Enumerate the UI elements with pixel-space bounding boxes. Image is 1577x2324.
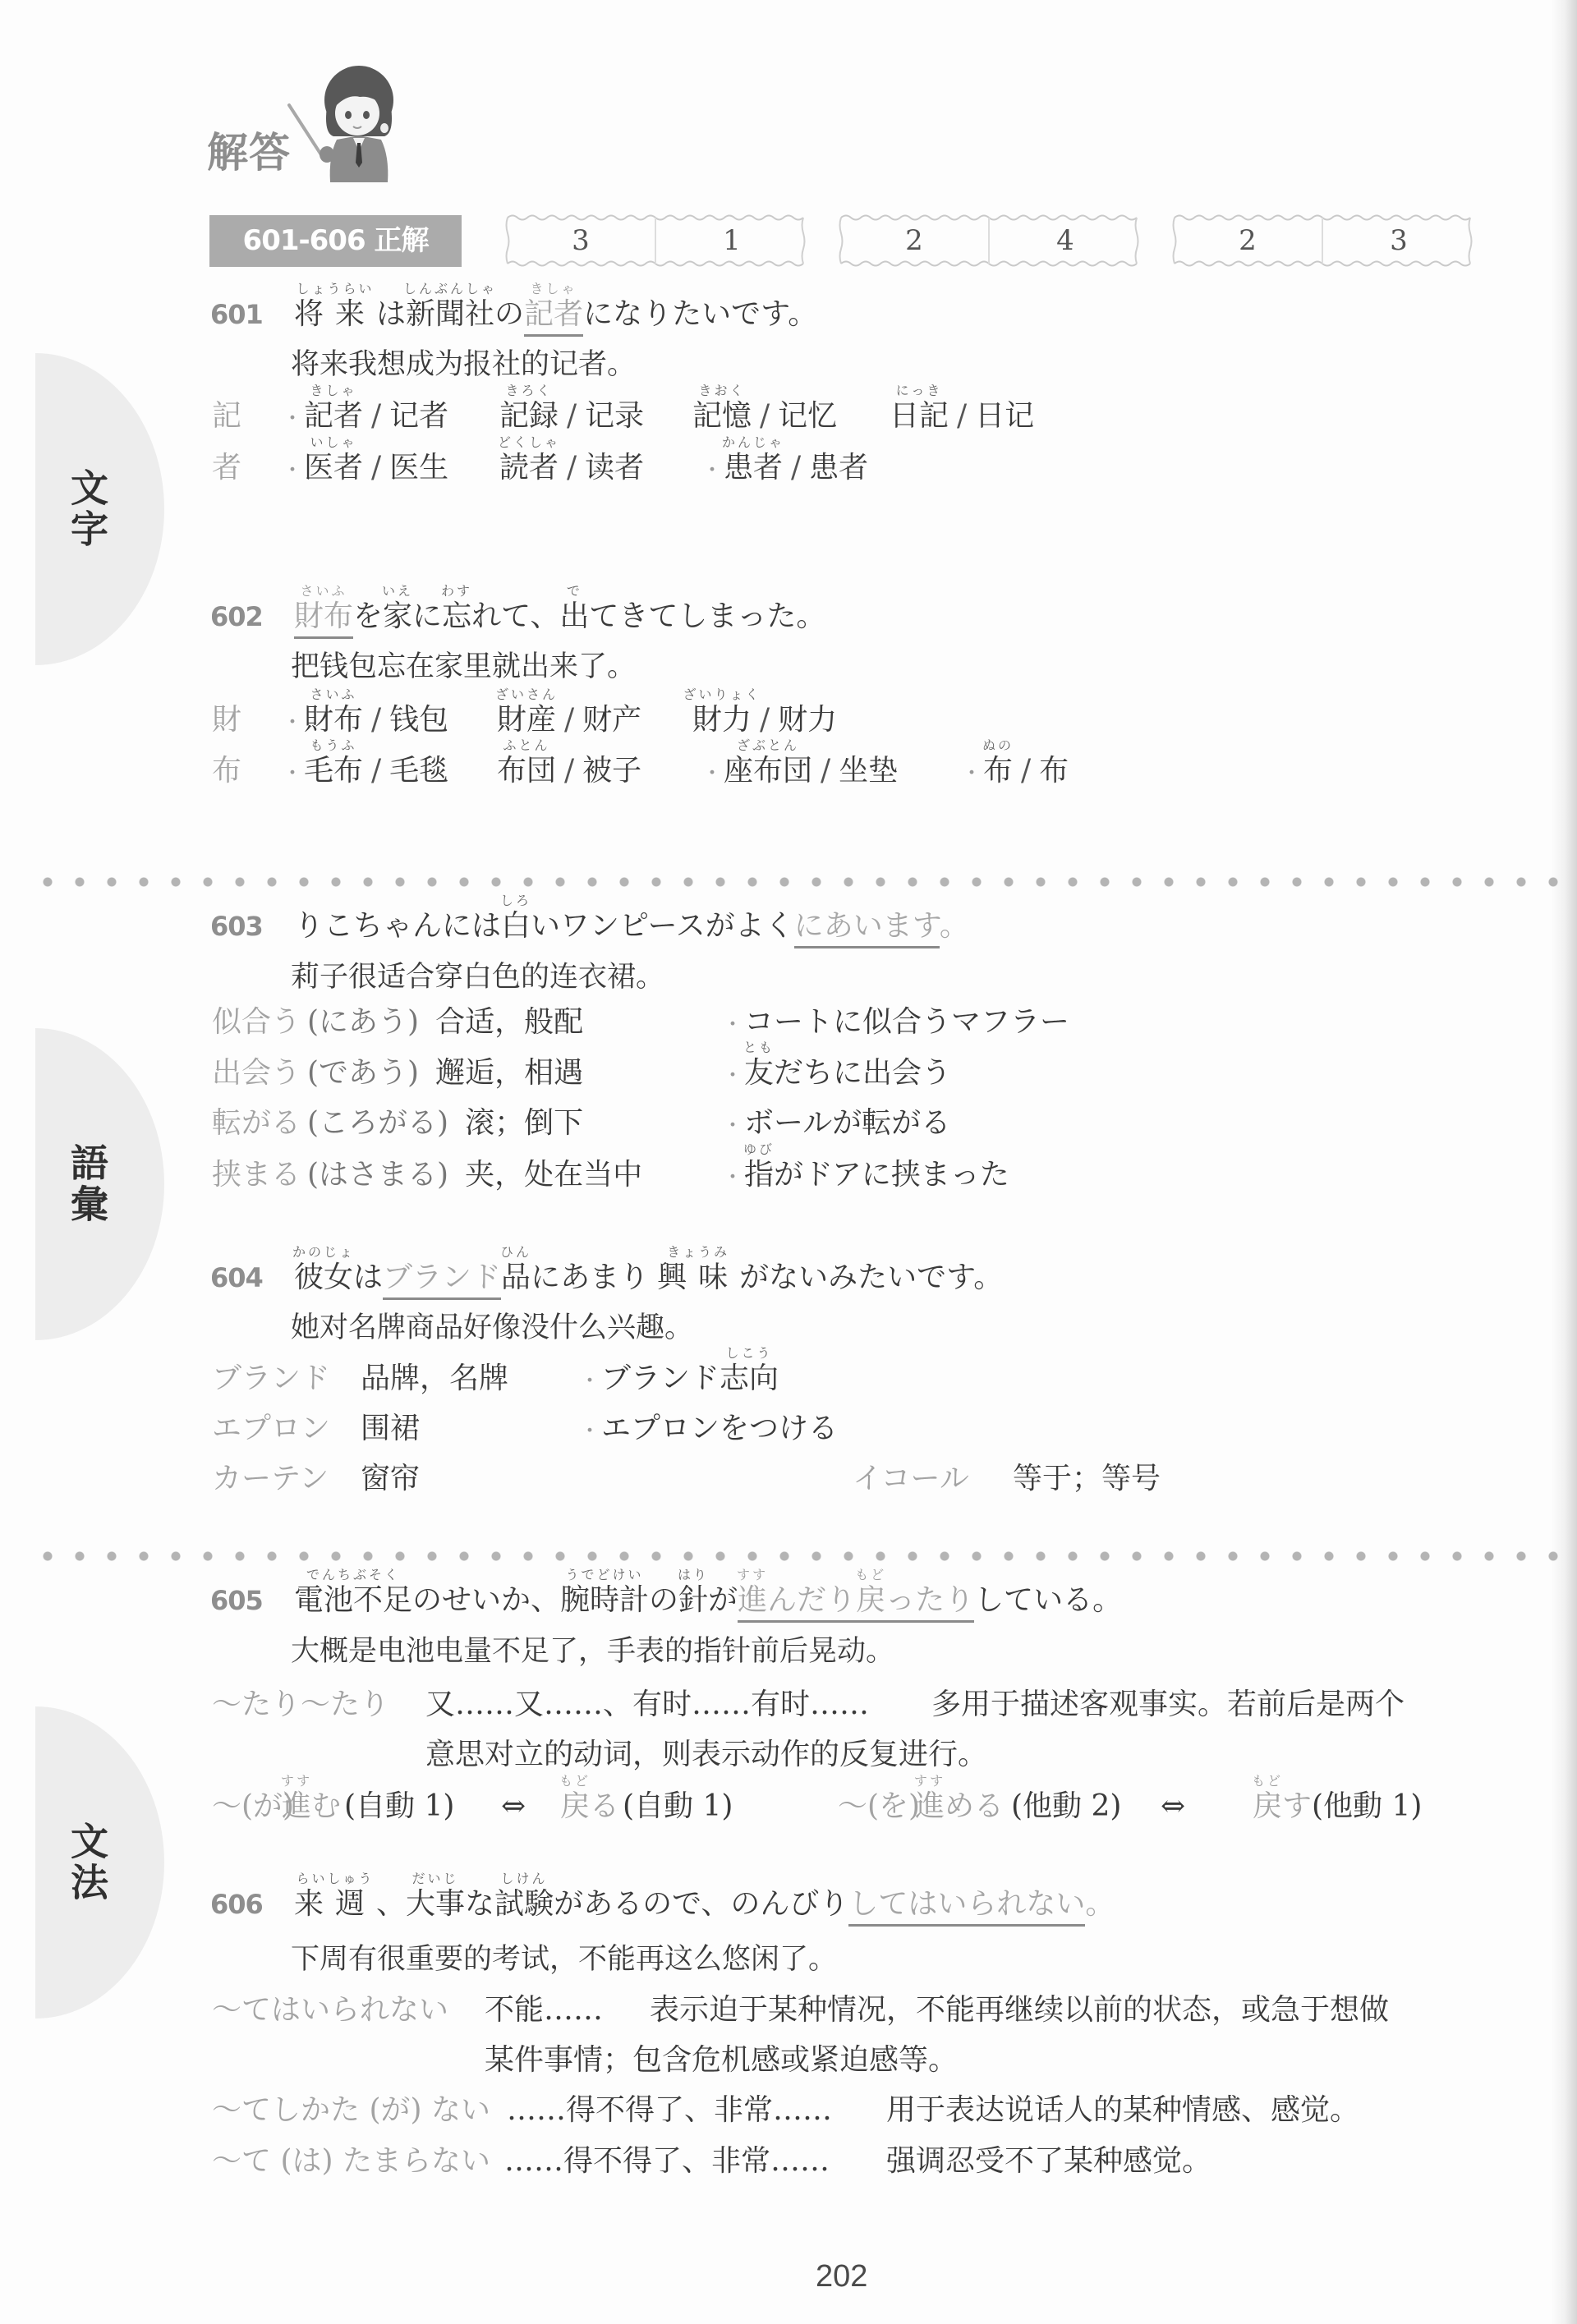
underlined-target: にあいます [794, 909, 940, 948]
grammar-meaning: ……得不得了、非常…… [507, 2096, 832, 2125]
sentence-text: している。 [974, 1583, 1122, 1617]
separator: / [567, 453, 577, 483]
sentence-text: な [465, 1887, 494, 1921]
furigana: ひん [500, 1246, 531, 1259]
grammar-pattern: ～てはいられない [212, 1996, 448, 2025]
furigana: ゆび [743, 1143, 775, 1156]
ruby-word: 戻もど [1253, 1792, 1282, 1821]
question-number: 603 [210, 912, 263, 941]
answer-group-1: 3 1 [504, 214, 810, 268]
ruby-base: 患者 [724, 451, 783, 485]
ruby-base: 布 [983, 754, 1013, 788]
grammar-explanation: 表示迫于某种情况，不能再继续以前的状态，或急于想做 [650, 1996, 1389, 2025]
furigana: しこう [726, 1347, 773, 1360]
bullet: ・ [579, 1366, 601, 1396]
meaning: 布 [1039, 754, 1069, 788]
ruby-base: 戻 [560, 1789, 590, 1823]
furigana: すす [914, 1775, 945, 1788]
vocab-meaning: 邂逅，相遇 [435, 1056, 583, 1090]
grammar-continuation-row: 某件事情；包含危机感或紧迫感等。 [0, 2046, 1561, 2075]
ruby-word: 医者いしゃ [304, 453, 363, 483]
verb-type: (自動 1) [623, 1792, 733, 1821]
vocab-term: イコール [853, 1464, 969, 1494]
furigana: しろ [500, 894, 531, 907]
bullet: ・ [701, 456, 724, 485]
translation: 大概是电池电量不足了，手表的指针前后晃动。 [291, 1637, 894, 1666]
ruby-word: 進すす [915, 1792, 945, 1821]
meaning: 毛毯 [389, 754, 448, 788]
ruby-base: 進 [282, 1789, 311, 1823]
vocab-term: 挟まる [212, 1158, 301, 1192]
bullet: ・ [961, 759, 983, 788]
vocab-item: ・医者いしゃ/医生 [282, 453, 448, 485]
sentence-text: は [353, 1261, 383, 1294]
ruby-word: 記者きしゃ [524, 300, 583, 329]
answer-605: 2 [1171, 214, 1324, 268]
ruby-word: 将来しょうらい [294, 300, 376, 329]
bidirectional-arrow-icon: ⇔ [1161, 1792, 1185, 1821]
sentence-text: いワンピースがよく [531, 909, 794, 943]
vocab-example: ・ボールが転がる [722, 1109, 950, 1141]
example-text: ブランド [601, 1362, 720, 1395]
bidirectional-arrow-icon: ⇔ [501, 1792, 526, 1821]
example-text: だちに出会う [774, 1056, 951, 1090]
verb: 戻もどす [1253, 1792, 1312, 1821]
bullet: ・ [722, 1111, 744, 1141]
ruby-word: 記憶きおく [692, 402, 752, 431]
teacher-girl-with-pointer-icon [279, 57, 411, 189]
ruby-word: 布団ふとん [497, 756, 556, 786]
question-sentence: りこちゃんには白しろいワンピースがよくにあいます。 [294, 912, 969, 941]
question-number: 606 [210, 1890, 263, 1919]
ruby-base: 腕時計 [560, 1583, 649, 1617]
ruby-base: 記憶 [692, 399, 752, 433]
underlined-target: してはいられない [848, 1887, 1085, 1927]
ruby-base: 財布 [304, 703, 363, 737]
vocab-term: エプロン [212, 1414, 330, 1444]
ruby-word: 電池不足でんちぶそく [294, 1586, 412, 1615]
furigana: きしゃ [310, 384, 356, 397]
ruby-base: 戻 [856, 1583, 885, 1617]
separator: / [371, 756, 381, 786]
ruby-word: 腕時計うでどけい [560, 1586, 649, 1615]
furigana: しんぶんしゃ [403, 282, 497, 296]
ruby-word: 彼女かのじょ [294, 1263, 353, 1293]
ruby-word: 財布さいふ [304, 705, 363, 735]
bullet: ・ [282, 708, 304, 737]
ruby-word: 家いえ [383, 602, 412, 632]
ruby-base: 進 [738, 1583, 767, 1617]
vocab-meaning: 合适，般配 [435, 1005, 583, 1039]
vocab-item: ・毛布もうふ/毛毯 [282, 756, 448, 788]
vocab-meaning: 夹，处在当中 [465, 1158, 642, 1192]
bullet: ・ [579, 1417, 601, 1446]
ruby-base: 新聞社 [406, 297, 494, 331]
furigana: ぬの [982, 739, 1014, 752]
meaning: 钱包 [389, 703, 448, 737]
ruby-word: 読者どくしゃ [499, 453, 559, 483]
ruby-base: 読者 [499, 451, 559, 485]
question-sentence: 将来しょうらいは新聞社しんぶんしゃの記者きしゃになりたいです。 [294, 300, 817, 329]
ruby-word: 記録きろく [499, 402, 559, 431]
grammar-meaning: 又……又……、有时……有时…… [425, 1690, 869, 1720]
bullet: ・ [722, 1163, 744, 1192]
question-sentence: 彼女かのじょはブランド品ひんにあまり興味きょうみがないみたいです。 [294, 1263, 1003, 1293]
separator: / [760, 705, 770, 735]
ruby-base: 記者 [304, 399, 363, 433]
ruby-base: 医者 [304, 451, 363, 485]
meaning: 记忆 [778, 399, 837, 433]
ruby-base: 財力 [692, 703, 752, 737]
example-text: コートに似合うマフラー [744, 1005, 1069, 1039]
ruby-base: 大事 [406, 1887, 465, 1921]
verb: 進すすむ [282, 1792, 341, 1821]
example-text: ボールが転がる [744, 1106, 950, 1140]
vocab-meaning: 围裙 [361, 1414, 420, 1444]
ruby-word: 患者かんじゃ [724, 453, 783, 483]
question-605-translation-row: 大概是电池电量不足了，手表的指针前后晃动。 [0, 1637, 1561, 1666]
separator: / [821, 756, 830, 786]
vocab-item: 財産ざいさん/财产 [497, 705, 641, 735]
meaning: 被子 [582, 754, 641, 788]
vocab-reading: (にあう) [307, 1005, 419, 1039]
vocab-term: 出会う [212, 1056, 301, 1090]
furigana: かんじゃ [722, 436, 784, 449]
vocab-definition: 挟まる(はさまる)夹，处在当中 [212, 1160, 642, 1190]
underlined-target: 進すすんだり戻もどったり [738, 1583, 974, 1623]
ruby-word: 品ひん [501, 1263, 531, 1293]
ruby-base: 指 [744, 1158, 774, 1192]
furigana: いしゃ [310, 436, 356, 449]
vocab-row: 挟まる(はさまる)夹，处在当中 ・指ゆびがドアに挟まった [0, 1160, 1561, 1190]
ruby-base: 毛布 [304, 754, 363, 788]
ruby-base: 針 [678, 1583, 708, 1617]
furigana: すす [737, 1568, 768, 1582]
sentence-text: を [353, 599, 383, 633]
question-number: 601 [210, 300, 263, 329]
meaning: 患者 [809, 451, 868, 485]
ruby-word: 記者きしゃ [304, 402, 363, 431]
vocab-row: 転がる(ころがる)滚；倒下 ・ボールが転がる [0, 1109, 1561, 1138]
sentence-text: に [412, 599, 442, 633]
furigana: きろく [505, 384, 552, 397]
ruby-word: 試験しけん [494, 1890, 554, 1919]
vocab-item: 財力ざいりょく/财力 [692, 705, 837, 735]
furigana: もうふ [310, 739, 356, 752]
sentence-text: 。 [1085, 1887, 1115, 1921]
question-sentence: 電池不足でんちぶそくのせいか、腕時計うでどけいの針はりが進すすんだり戻もどったり… [294, 1586, 1122, 1615]
grammar-pattern: ～たり～たり [212, 1690, 389, 1720]
meaning: 医生 [389, 451, 448, 485]
verb: 進すすめる [915, 1792, 1004, 1821]
ruby-word: 座布団ざぶとん [724, 756, 812, 786]
page-number: 202 [816, 2260, 867, 2293]
kanji-note-row: 布 ・毛布もうふ/毛毯 布団ふとん/被子 ・座布団ざぶとん/坐垫 ・布ぬの/布 [0, 756, 1561, 786]
grammar-explanation-continued: 意思对立的动词，则表示动作的反复进行。 [425, 1740, 987, 1770]
ruby-word: 毛布もうふ [304, 756, 363, 786]
ruby-word: 進すす [282, 1792, 311, 1821]
ruby-base: 記者 [524, 297, 583, 331]
sentence-text: の [494, 297, 524, 331]
ruby-base: 品 [501, 1261, 531, 1294]
vocab-meaning: 等于；等号 [1013, 1464, 1161, 1494]
ruby-word: 財産ざいさん [497, 705, 556, 735]
answer-601: 3 [504, 214, 657, 268]
vocab-example: ・友ともだちに出会う [722, 1059, 951, 1091]
kanji-label: 者 [212, 453, 241, 483]
vocab-example: ・エプロンをつける [579, 1414, 838, 1446]
bullet: ・ [282, 404, 304, 434]
furigana: もど [1252, 1775, 1283, 1788]
meaning: 财力 [778, 703, 837, 737]
ruby-word: 日記にっき [890, 402, 949, 431]
sentence-text: の [649, 1583, 678, 1617]
ruby-word: 指ゆび [744, 1160, 774, 1190]
furigana: はり [678, 1568, 709, 1582]
ruby-word: 針はり [678, 1586, 708, 1615]
sentence-text: になりたいです。 [583, 297, 817, 331]
vocab-row: エプロン 围裙 ・エプロンをつける [0, 1414, 1561, 1444]
ruby-word: 忘わす [442, 602, 471, 632]
furigana: すす [281, 1775, 312, 1788]
sentence-text: りこちゃんには [294, 909, 501, 943]
question-606-sentence-row: 606 来週らいしゅう、大事だいじな試験しけんがあるので、のんびりしてはいられな… [0, 1890, 1561, 1919]
ruby-word: 財布さいふ [294, 602, 353, 632]
grammar-explanation: 用于表达说话人的某种情感、感觉。 [886, 2096, 1359, 2125]
vocab-item: 記憶きおく/记忆 [692, 402, 837, 431]
kanji-note-row: 記 ・記者きしゃ/记者 記録きろく/记录 記憶きおく/记忆 日記にっき/日记 [0, 402, 1561, 431]
ruby-word: 来週らいしゅう [294, 1890, 376, 1919]
vocab-item: ・座布団ざぶとん/坐垫 [701, 756, 898, 788]
ruby-word: 興味きょうみ [657, 1263, 739, 1293]
sentence-text: 、 [376, 1887, 406, 1921]
answer-604: 4 [989, 214, 1142, 268]
ruby-word: 新聞社しんぶんしゃ [406, 300, 494, 329]
kanji-note-row: 財 ・財布さいふ/钱包 財産ざいさん/财产 財力ざいりょく/财力 [0, 705, 1561, 735]
kanji-note-row: 者 ・医者いしゃ/医生 読者どくしゃ/读者 ・患者かんじゃ/患者 [0, 453, 1561, 483]
sentence-text: にあまり [531, 1261, 649, 1294]
ruby-base: 財産 [497, 703, 556, 737]
vocab-term: 転がる [212, 1106, 301, 1140]
kanji-label: 記 [212, 402, 241, 431]
question-604-translation-row: 她对名牌商品好像没什么兴趣。 [0, 1313, 1561, 1343]
vocab-reading: (であう) [307, 1056, 419, 1090]
meaning: 记者 [389, 399, 448, 433]
dotted-section-divider [33, 877, 1577, 887]
answer-group-3: 2 3 [1171, 214, 1477, 268]
furigana: で [567, 585, 582, 598]
question-601-translation-row: 将来我想成为报社的记者。 [0, 350, 1561, 379]
question-sentence: 財布さいふを家いえに忘わすれて、出でてきてしまった。 [294, 602, 825, 632]
separator: / [567, 402, 577, 431]
vocab-item: ・財布さいふ/钱包 [282, 705, 448, 737]
ruby-base: 来週 [294, 1887, 376, 1921]
underlined-target: ブランド [383, 1261, 501, 1300]
translation: 她对名牌商品好像没什么兴趣。 [291, 1313, 693, 1343]
grammar-row: ～て (は) たまらない ……得不得了、非常…… 强调忍受不了某种感觉。 [0, 2147, 1561, 2176]
ruby-base: 進 [915, 1789, 945, 1823]
vocab-item: 日記にっき/日记 [890, 402, 1034, 431]
ruby-base: 座布団 [724, 754, 812, 788]
textbook-page: 解答 601-606 正解 3 1 [0, 0, 1577, 2324]
verb-type: (他動 1) [1312, 1792, 1422, 1821]
sentence-text: れて、 [471, 599, 559, 633]
vocab-item: ・記者きしゃ/记者 [282, 402, 448, 434]
verb: 戻もどる [560, 1792, 619, 1821]
separator: / [564, 756, 574, 786]
furigana: もど [855, 1568, 886, 1582]
vocab-item: 布団ふとん/被子 [497, 756, 641, 786]
ruby-base: 財布 [294, 599, 353, 633]
furigana: うでどけい [566, 1568, 644, 1582]
underlined-target: 財布さいふ [294, 599, 353, 639]
okurigana: す [1282, 1789, 1312, 1823]
furigana: もど [559, 1775, 591, 1788]
ruby-word: 志向しこう [720, 1364, 779, 1394]
verb-type: (自動 1) [344, 1792, 454, 1821]
ruby-base: 電池不足 [294, 1583, 412, 1617]
separator: / [760, 402, 770, 431]
verb-pair-row: ～(が) 進すすむ (自動 1) ⇔ 戻もどる (自動 1) ～(を) 進すすめ… [0, 1792, 1561, 1821]
bullet: ・ [701, 759, 724, 788]
vocab-row: ブランド 品牌，名牌 ・ブランド志向しこう [0, 1364, 1561, 1394]
vocab-example: ・コートに似合うマフラー [722, 1008, 1069, 1040]
meaning: 坐垫 [839, 754, 898, 788]
furigana: ざいりょく [683, 688, 761, 701]
vocab-definition: 出会う(であう)邂逅，相遇 [212, 1059, 583, 1088]
dotted-section-divider [33, 1551, 1577, 1561]
sentence-text: がないみたいです。 [739, 1261, 1003, 1294]
furigana: かのじょ [292, 1246, 355, 1259]
sentence-text: んだり [767, 1583, 856, 1617]
vocab-term: 似合う [212, 1005, 301, 1039]
ruby-base: 志向 [720, 1362, 779, 1395]
sentence-text: が [708, 1583, 738, 1617]
ruby-base: 彼女 [294, 1261, 353, 1294]
vocab-meaning: 窗帘 [361, 1464, 420, 1494]
question-602-sentence-row: 602 財布さいふを家いえに忘わすれて、出でてきてしまった。 [0, 602, 1561, 632]
grammar-explanation: 多用于描述客观事实。若前后是两个 [931, 1690, 1405, 1720]
ruby-word: 友とも [744, 1059, 774, 1088]
ruby-word: 出で [559, 602, 589, 632]
grammar-meaning: 不能…… [485, 1996, 603, 2025]
answer-603: 2 [838, 214, 991, 268]
meaning: 读者 [585, 451, 644, 485]
answer-606: 3 [1322, 214, 1475, 268]
question-606-translation-row: 下周有很重要的考试，不能再这么悠闲了。 [0, 1945, 1561, 1974]
ruby-word: 布ぬの [983, 756, 1013, 786]
kanji-label: 布 [212, 756, 241, 786]
grammar-row: ～たり～たり 又……又……、有时……有时…… 多用于描述客观事实。若前后是两个 [0, 1690, 1561, 1720]
separator: / [1021, 756, 1031, 786]
bullet: ・ [722, 1061, 744, 1091]
vocab-definition: 似合う(にあう)合适，般配 [212, 1008, 583, 1037]
vocab-meaning: 品牌，名牌 [361, 1364, 508, 1394]
furigana: らいしゅう [296, 1872, 374, 1885]
furigana: しょうらい [296, 282, 374, 296]
bullet: ・ [282, 759, 304, 788]
okurigana: る [590, 1789, 619, 1823]
page-title: 解答 [207, 130, 291, 176]
question-602-translation-row: 把钱包忘在家里就出来了。 [0, 652, 1561, 682]
answer-range-label: 601-606 正解 [209, 215, 462, 267]
question-604-sentence-row: 604 彼女かのじょはブランド品ひんにあまり興味きょうみがないみたいです。 [0, 1263, 1561, 1293]
ruby-base: 記録 [499, 399, 559, 433]
sentence-text: のせいか、 [412, 1583, 560, 1617]
grammar-pattern: ～てしかた (が) ない [212, 2096, 490, 2125]
furigana: だいじ [412, 1872, 459, 1885]
sentence-text: ったり [885, 1583, 974, 1617]
vocab-row: 出会う(であう)邂逅，相遇 ・友ともだちに出会う [0, 1059, 1561, 1088]
sentence-text: は [376, 297, 406, 331]
ruby-word: 戻もど [560, 1792, 590, 1821]
translation: 莉子很适合穿白色的连衣裙。 [291, 962, 664, 992]
verb-type: (他動 2) [1011, 1792, 1121, 1821]
furigana: とも [743, 1041, 775, 1054]
ruby-word: 白しろ [501, 912, 531, 941]
ruby-base: 試験 [494, 1887, 554, 1921]
furigana: わす [441, 585, 472, 598]
grammar-explanation: 强调忍受不了某种感觉。 [886, 2147, 1211, 2176]
ruby-word: 進すす [738, 1586, 767, 1615]
grammar-row: ～てしかた (が) ない ……得不得了、非常…… 用于表达说话人的某种情感、感觉… [0, 2096, 1561, 2125]
ruby-word: 大事だいじ [406, 1890, 465, 1919]
vocab-reading: (はさまる) [307, 1158, 448, 1192]
vocab-definition: 転がる(ころがる)滚；倒下 [212, 1109, 583, 1138]
furigana: きおく [698, 384, 745, 397]
okurigana: む [311, 1789, 341, 1823]
separator: / [371, 402, 381, 431]
vocab-row: 似合う(にあう)合适，般配 ・コートに似合うマフラー [0, 1008, 1561, 1037]
separator: / [371, 453, 381, 483]
vocab-example: ・指ゆびがドアに挟まった [722, 1160, 1009, 1192]
furigana: いえ [382, 585, 413, 598]
translation: 下周有很重要的考试，不能再这么悠闲了。 [291, 1945, 837, 1974]
vocab-meaning: 滚；倒下 [465, 1106, 583, 1140]
ruby-base: 日記 [890, 399, 949, 433]
grammar-row: ～てはいられない 不能…… 表示迫于某种情况，不能再继续以前的状态，或急于想做 [0, 1996, 1561, 2025]
kanji-label: 財 [212, 705, 241, 735]
vocab-item: ・患者かんじゃ/患者 [701, 453, 868, 485]
ruby-base: 友 [744, 1056, 774, 1090]
bullet: ・ [722, 1010, 744, 1040]
ruby-base: 将来 [294, 297, 376, 331]
question-601-sentence-row: 601 将来しょうらいは新聞社しんぶんしゃの記者きしゃになりたいです。 [0, 300, 1561, 329]
underlined-target: 記者きしゃ [524, 297, 583, 337]
separator: / [957, 402, 967, 431]
vocab-item: 読者どくしゃ/读者 [499, 453, 644, 483]
furigana: きしゃ [531, 282, 577, 296]
question-number: 604 [210, 1263, 263, 1293]
particle: ～(を) [838, 1792, 920, 1821]
ruby-base: 出 [559, 599, 589, 633]
question-603-sentence-row: 603 りこちゃんには白しろいワンピースがよくにあいます。 [0, 912, 1561, 941]
vocab-row: カーテン 窗帘 イコール 等于；等号 [0, 1464, 1561, 1494]
bullet: ・ [282, 456, 304, 485]
furigana: さいふ [300, 585, 347, 598]
question-603-translation-row: 莉子很适合穿白色的连衣裙。 [0, 962, 1561, 992]
separator: / [371, 705, 381, 735]
translation: 将来我想成为报社的记者。 [291, 350, 636, 379]
furigana: ざいさん [495, 688, 558, 701]
example-text: がドアに挟まった [774, 1158, 1009, 1192]
vocab-example: ・ブランド志向しこう [579, 1364, 779, 1396]
meaning: 日记 [975, 399, 1034, 433]
vocab-item: ・布ぬの/布 [961, 756, 1069, 788]
furigana: きょうみ [667, 1246, 729, 1259]
ruby-base: 布団 [497, 754, 556, 788]
vocab-term: ブランド [212, 1364, 330, 1394]
